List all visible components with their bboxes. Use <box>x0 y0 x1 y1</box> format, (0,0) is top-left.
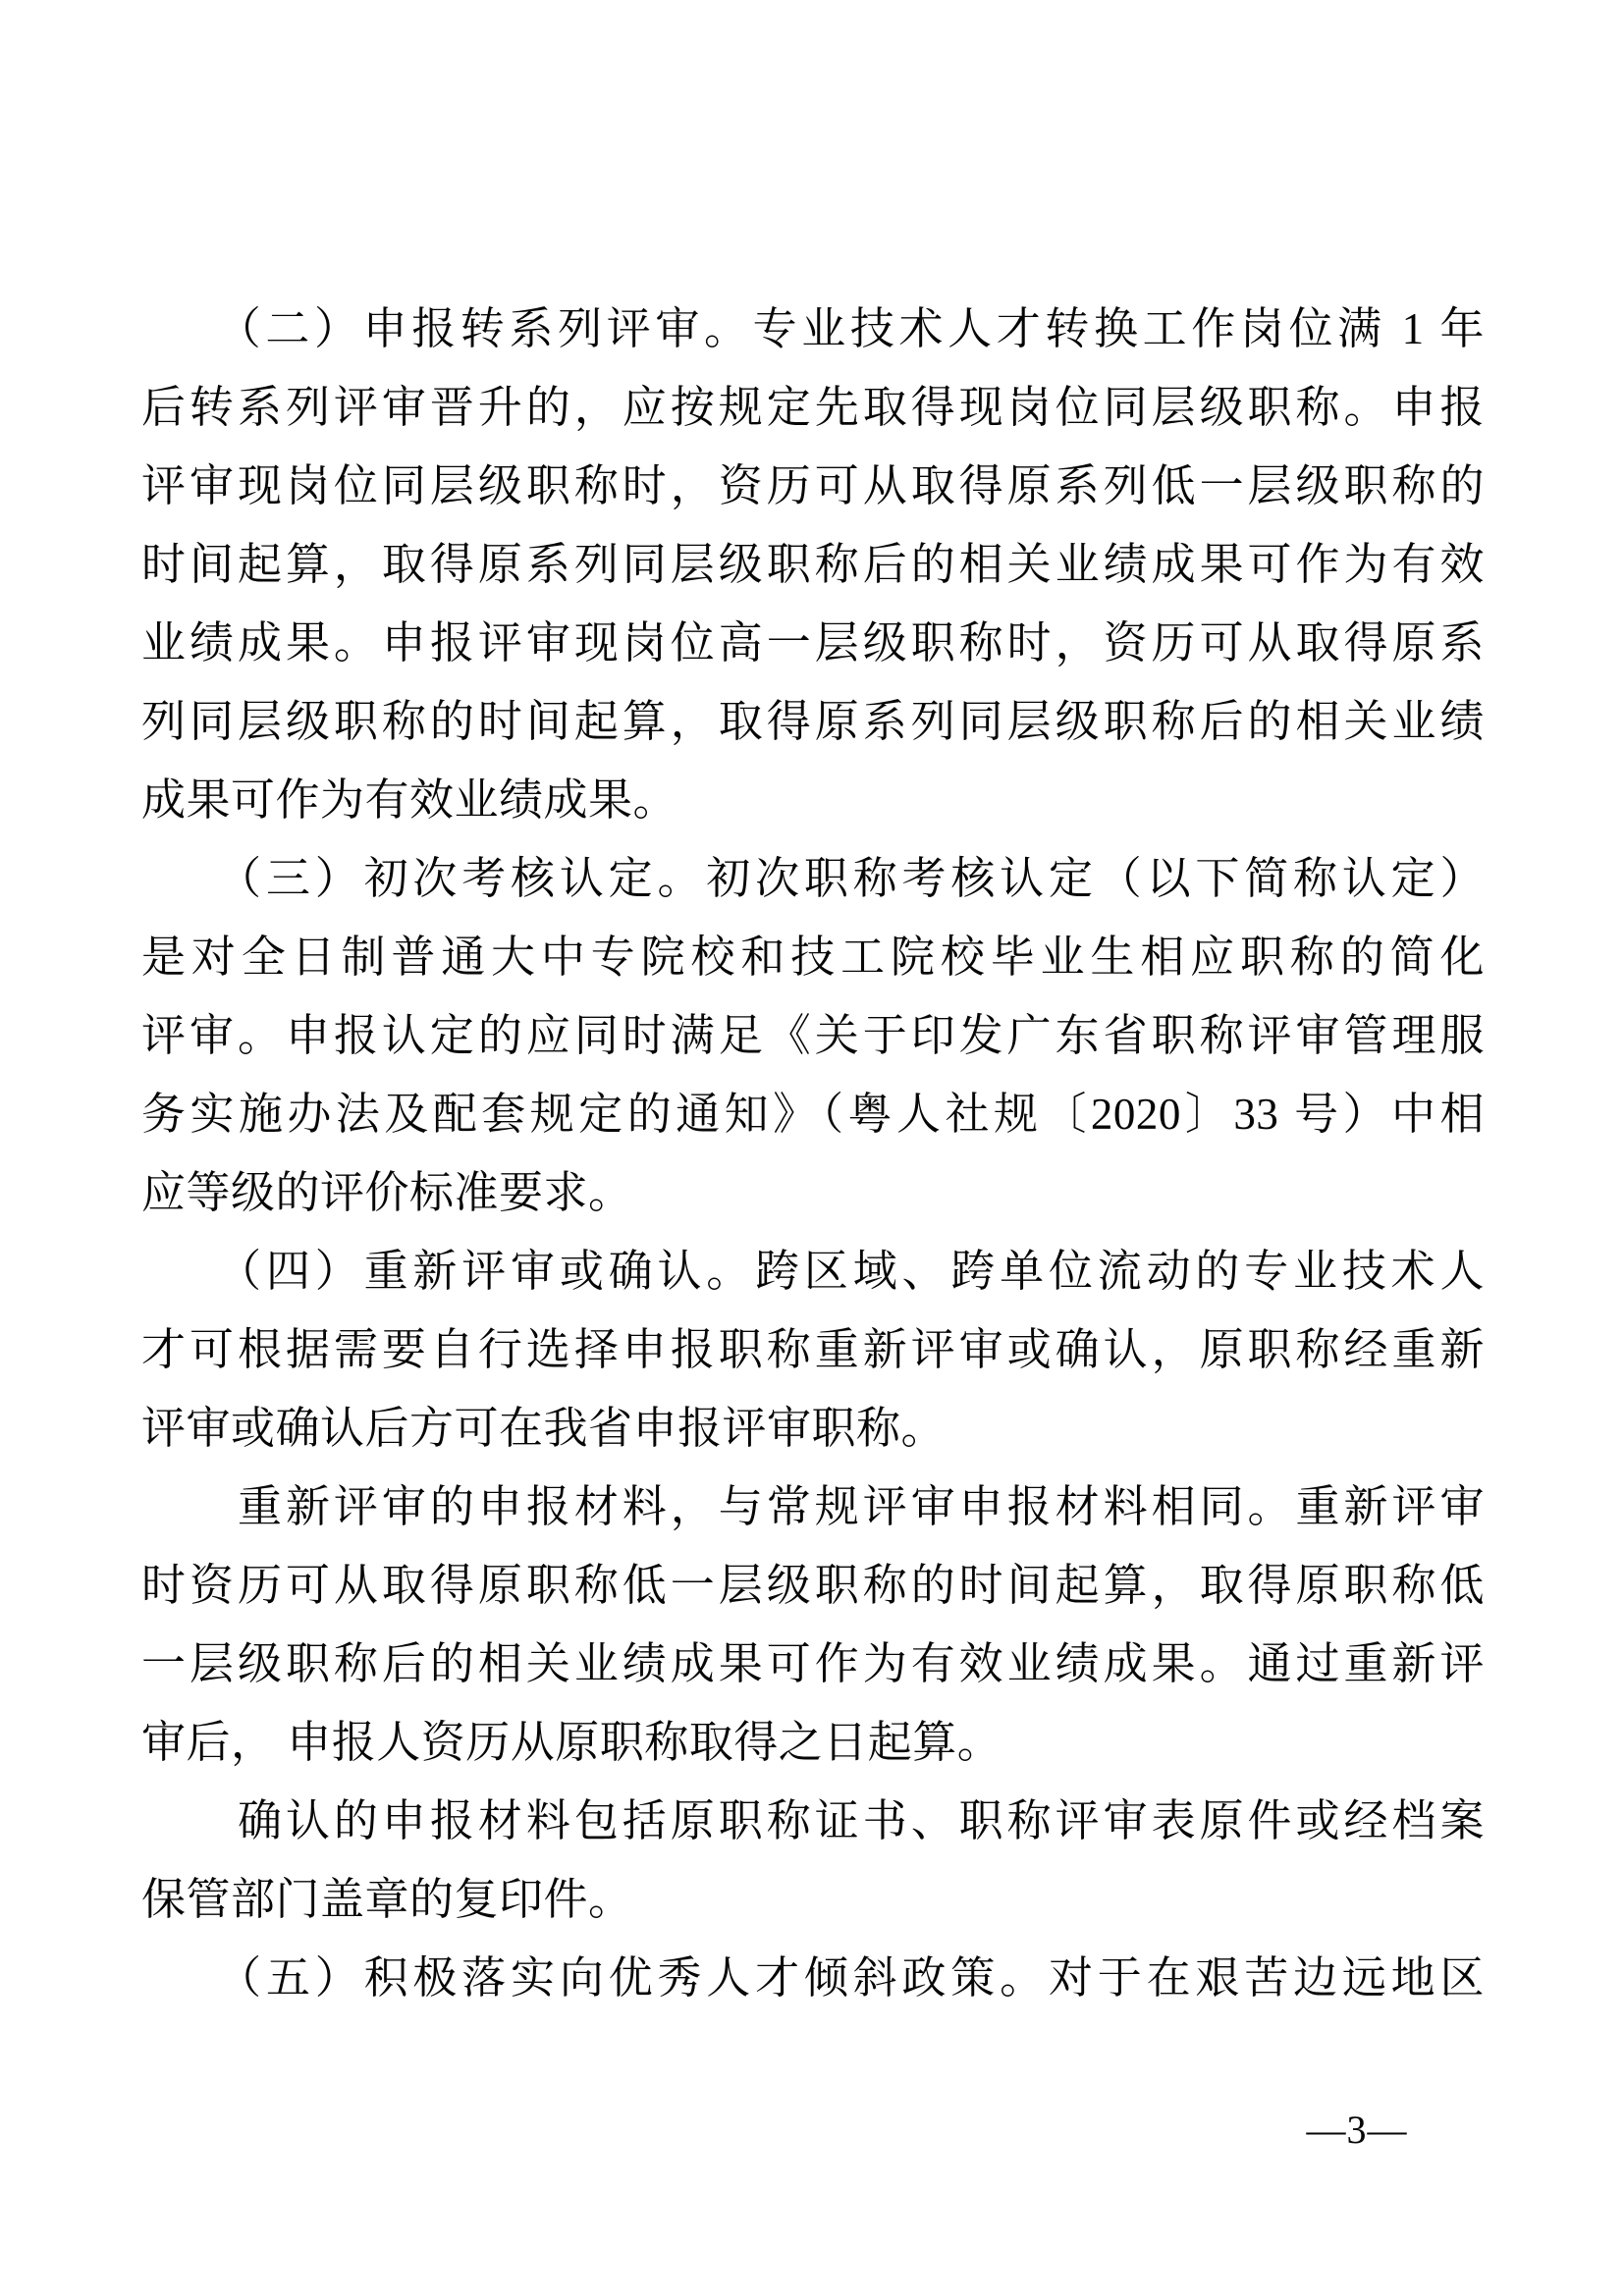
text-line: 评审。申报认定的应同时满足《关于印发广东省职称评审管理服 <box>141 996 1485 1075</box>
text-line: 后转系列评审晋升的，应按规定先取得现岗位同层级职称。申报 <box>141 368 1485 447</box>
text-line: 评审或确认后方可在我省申报评审职称。 <box>141 1389 1485 1468</box>
text-line: 审后， 申报人资历从原职称取得之日起算。 <box>141 1703 1485 1782</box>
text-line: 时资历可从取得原职称低一层级职称的时间起算，取得原职称低 <box>141 1546 1485 1625</box>
text-line: 列同层级职称的时间起算，取得原系列同层级职称后的相关业绩 <box>141 682 1485 761</box>
paragraph-confirmation-materials: 确认的申报材料包括原职称证书、职称评审表原件或经档案 保管部门盖章的复印件。 <box>141 1782 1485 1939</box>
text-line: 是对全日制普通大中专院校和技工院校毕业生相应职称的简化 <box>141 918 1485 996</box>
text-line: 业绩成果。申报评审现岗位高一层级职称时，资历可从取得原系 <box>141 604 1485 682</box>
paragraph-section-4: （四）重新评审或确认。跨区域、跨单位流动的专业技术人 才可根据需要自行选择申报职… <box>141 1232 1485 1468</box>
text-line: 保管部门盖章的复印件。 <box>141 1860 1485 1939</box>
text-line: 重新评审的申报材料，与常规评审申报材料相同。重新评审 <box>141 1468 1485 1546</box>
text-line: （三）初次考核认定。初次职称考核认定（以下简称认定） <box>141 839 1485 918</box>
text-line: （五）积极落实向优秀人才倾斜政策。对于在艰苦边远地区 <box>141 1939 1485 2017</box>
paragraph-section-3: （三）初次考核认定。初次职称考核认定（以下简称认定） 是对全日制普通大中专院校和… <box>141 839 1485 1232</box>
paragraph-section-2: （二）申报转系列评审。专业技术人才转换工作岗位满 1 年 后转系列评审晋升的，应… <box>141 290 1485 839</box>
text-line: 务实施办法及配套规定的通知》（粤人社规〔2020〕33 号）中相 <box>141 1075 1485 1153</box>
document-page: （二）申报转系列评审。专业技术人才转换工作岗位满 1 年 后转系列评审晋升的，应… <box>0 0 1624 2296</box>
text-line: 成果可作为有效业绩成果。 <box>141 761 1485 839</box>
text-line: （二）申报转系列评审。专业技术人才转换工作岗位满 1 年 <box>141 290 1485 368</box>
paragraph-reevaluation-materials: 重新评审的申报材料，与常规评审申报材料相同。重新评审 时资历可从取得原职称低一层… <box>141 1468 1485 1782</box>
paragraph-section-5: （五）积极落实向优秀人才倾斜政策。对于在艰苦边远地区 <box>141 1939 1485 2017</box>
text-line: 才可根据需要自行选择申报职称重新评审或确认，原职称经重新 <box>141 1310 1485 1389</box>
document-body: （二）申报转系列评审。专业技术人才转换工作岗位满 1 年 后转系列评审晋升的，应… <box>141 290 1485 2017</box>
text-line: 评审现岗位同层级职称时，资历可从取得原系列低一层级职称的 <box>141 447 1485 525</box>
text-line: 时间起算，取得原系列同层级职称后的相关业绩成果可作为有效 <box>141 525 1485 604</box>
text-line: 一层级职称后的相关业绩成果可作为有效业绩成果。通过重新评 <box>141 1625 1485 1703</box>
text-line: 确认的申报材料包括原职称证书、职称评审表原件或经档案 <box>141 1782 1485 1860</box>
page-number: —3— <box>1298 2103 1416 2158</box>
text-line: 应等级的评价标准要求。 <box>141 1153 1485 1232</box>
text-line: （四）重新评审或确认。跨区域、跨单位流动的专业技术人 <box>141 1232 1485 1310</box>
